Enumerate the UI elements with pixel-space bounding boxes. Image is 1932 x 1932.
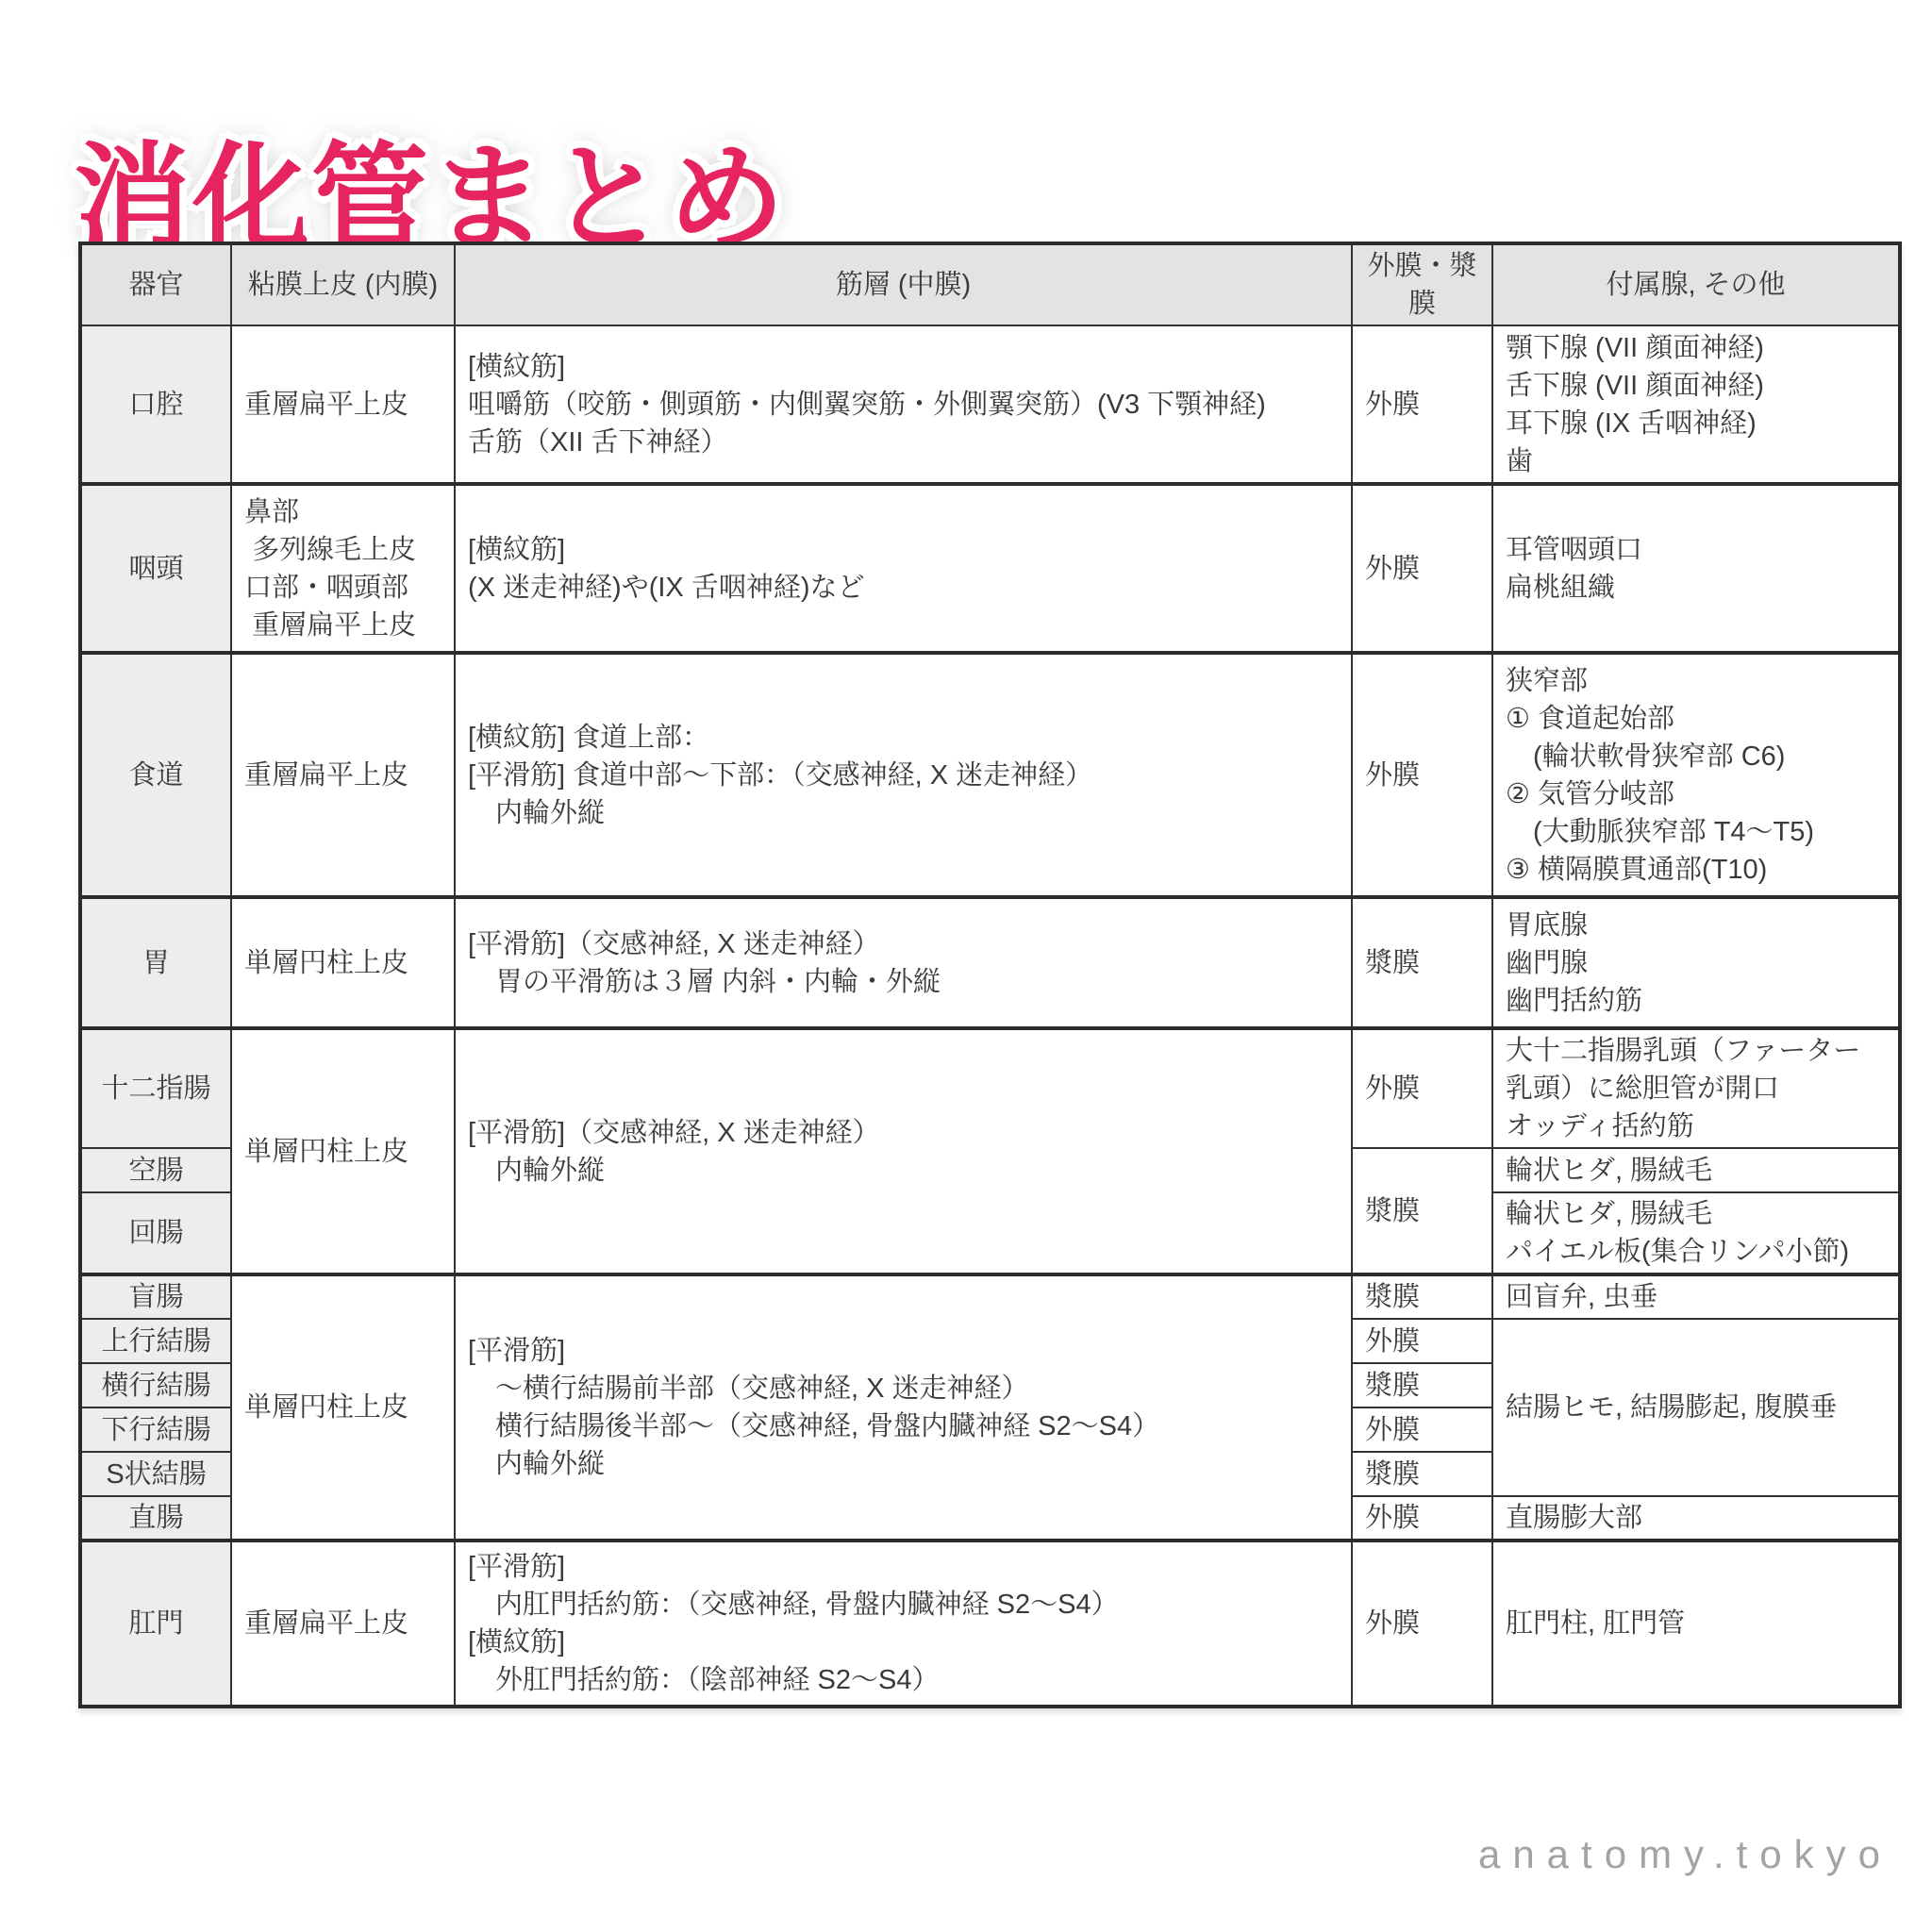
duodenum-organ-cell: 十二指腸: [80, 1028, 231, 1148]
rectum-organ-cell: 直腸: [80, 1496, 231, 1541]
esophagus-organ-cell: 食道: [80, 653, 231, 897]
cecum-accessory-cell: 回盲弁, 虫垂: [1492, 1274, 1900, 1319]
duodenum-membrane-cell: 外膜: [1352, 1028, 1492, 1148]
transverse-colon-membrane-cell: 漿膜: [1352, 1363, 1492, 1407]
anus-organ-cell: 肛門: [80, 1541, 231, 1707]
small-intestine-muscle-cell: [平滑筋]（交感神経, X 迷走神経） 内輪外縦: [455, 1028, 1352, 1274]
ileum-accessory-cell: 輪状ヒダ, 腸絨毛 パイエル板(集合リンパ小節): [1492, 1192, 1900, 1274]
small-intestine-epithelium-cell: 単層円柱上皮: [231, 1028, 455, 1274]
oral-organ-cell: 口腔: [80, 325, 231, 484]
jejunum-accessory-cell: 輪状ヒダ, 腸絨毛: [1492, 1148, 1900, 1192]
column-header-membrane: 外膜・漿膜: [1352, 243, 1492, 325]
oral-accessory-cell: 顎下腺 (VII 顔面神経) 舌下腺 (VII 顔面神経) 耳下腺 (IX 舌咽…: [1492, 325, 1900, 484]
esophagus-epithelium-cell: 重層扁平上皮: [231, 653, 455, 897]
rectum-accessory-cell: 直腸膨大部: [1492, 1496, 1900, 1541]
transverse-colon-organ-cell: 横行結腸: [80, 1363, 231, 1407]
row-esophagus: 食道 重層扁平上皮 [横紋筋] 食道上部： [平滑筋] 食道中部〜下部：（交感神…: [80, 653, 1900, 897]
column-header-accessory: 付属腺, その他: [1492, 243, 1900, 325]
stomach-accessory-cell: 胃底腺 幽門腺 幽門括約筋: [1492, 897, 1900, 1028]
oral-muscle-cell: [横紋筋] 咀嚼筋（咬筋・側頭筋・内側翼突筋・外側翼突筋）(V3 下顎神経) 舌…: [455, 325, 1352, 484]
column-header-organ: 器官: [80, 243, 231, 325]
stomach-membrane-cell: 漿膜: [1352, 897, 1492, 1028]
digestive-tract-summary-table: 器官 粘膜上皮 (内膜) 筋層 (中膜) 外膜・漿膜 付属腺, その他 口腔 重…: [78, 241, 1902, 1708]
row-pharynx: 咽頭 鼻部 多列線毛上皮 口部・咽頭部 重層扁平上皮 [横紋筋] (X 迷走神経…: [80, 484, 1900, 653]
colon-muscle-cell: [平滑筋] 〜横行結腸前半部（交感神経, X 迷走神経） 横行結腸後半部〜（交感…: [455, 1274, 1352, 1541]
stomach-muscle-cell: [平滑筋]（交感神経, X 迷走神経） 胃の平滑筋は３層 内斜・内輪・外縦: [455, 897, 1352, 1028]
cecum-organ-cell: 盲腸: [80, 1274, 231, 1319]
column-header-muscle: 筋層 (中膜): [455, 243, 1352, 325]
pharynx-organ-cell: 咽頭: [80, 484, 231, 653]
oral-membrane-cell: 外膜: [1352, 325, 1492, 484]
oral-epithelium-cell: 重層扁平上皮: [231, 325, 455, 484]
row-stomach: 胃 単層円柱上皮 [平滑筋]（交感神経, X 迷走神経） 胃の平滑筋は３層 内斜…: [80, 897, 1900, 1028]
row-anus: 肛門 重層扁平上皮 [平滑筋] 内肛門括約筋：（交感神経, 骨盤内臓神経 S2〜…: [80, 1541, 1900, 1707]
sigmoid-colon-organ-cell: S状結腸: [80, 1452, 231, 1496]
ileum-organ-cell: 回腸: [80, 1192, 231, 1274]
pharynx-accessory-cell: 耳管咽頭口 扁桃組織: [1492, 484, 1900, 653]
column-header-epithelium: 粘膜上皮 (内膜): [231, 243, 455, 325]
pharynx-epithelium-cell: 鼻部 多列線毛上皮 口部・咽頭部 重層扁平上皮: [231, 484, 455, 653]
anus-membrane-cell: 外膜: [1352, 1541, 1492, 1707]
anus-accessory-cell: 肛門柱, 肛門管: [1492, 1541, 1900, 1707]
jejunum-ileum-membrane-cell: 漿膜: [1352, 1148, 1492, 1274]
stomach-organ-cell: 胃: [80, 897, 231, 1028]
colon-accessory-cell: 結腸ヒモ, 結腸膨起, 腹膜垂: [1492, 1319, 1900, 1496]
site-watermark: anatomy.tokyo: [1478, 1832, 1892, 1877]
pharynx-membrane-cell: 外膜: [1352, 484, 1492, 653]
cecum-membrane-cell: 漿膜: [1352, 1274, 1492, 1319]
esophagus-membrane-cell: 外膜: [1352, 653, 1492, 897]
row-oral-cavity: 口腔 重層扁平上皮 [横紋筋] 咀嚼筋（咬筋・側頭筋・内側翼突筋・外側翼突筋）(…: [80, 325, 1900, 484]
descending-colon-organ-cell: 下行結腸: [80, 1407, 231, 1452]
pharynx-muscle-cell: [横紋筋] (X 迷走神経)や(IX 舌咽神経)など: [455, 484, 1352, 653]
table-header-row: 器官 粘膜上皮 (内膜) 筋層 (中膜) 外膜・漿膜 付属腺, その他: [80, 243, 1900, 325]
duodenum-accessory-cell: 大十二指腸乳頭（ファーター乳頭）に総胆管が開口 オッディ括約筋: [1492, 1028, 1900, 1148]
esophagus-accessory-cell: 狭窄部 ① 食道起始部 (輪状軟骨狭窄部 C6) ② 気管分岐部 (大動脈狭窄部…: [1492, 653, 1900, 897]
row-duodenum: 十二指腸 単層円柱上皮 [平滑筋]（交感神経, X 迷走神経） 内輪外縦 外膜 …: [80, 1028, 1900, 1148]
ascending-colon-organ-cell: 上行結腸: [80, 1319, 231, 1363]
row-cecum: 盲腸 単層円柱上皮 [平滑筋] 〜横行結腸前半部（交感神経, X 迷走神経） 横…: [80, 1274, 1900, 1319]
stomach-epithelium-cell: 単層円柱上皮: [231, 897, 455, 1028]
colon-epithelium-cell: 単層円柱上皮: [231, 1274, 455, 1541]
sigmoid-colon-membrane-cell: 漿膜: [1352, 1452, 1492, 1496]
ascending-colon-membrane-cell: 外膜: [1352, 1319, 1492, 1363]
anus-epithelium-cell: 重層扁平上皮: [231, 1541, 455, 1707]
esophagus-muscle-cell: [横紋筋] 食道上部： [平滑筋] 食道中部〜下部：（交感神経, X 迷走神経）…: [455, 653, 1352, 897]
descending-colon-membrane-cell: 外膜: [1352, 1407, 1492, 1452]
jejunum-organ-cell: 空腸: [80, 1148, 231, 1192]
rectum-membrane-cell: 外膜: [1352, 1496, 1492, 1541]
anus-muscle-cell: [平滑筋] 内肛門括約筋：（交感神経, 骨盤内臓神経 S2〜S4） [横紋筋] …: [455, 1541, 1352, 1707]
